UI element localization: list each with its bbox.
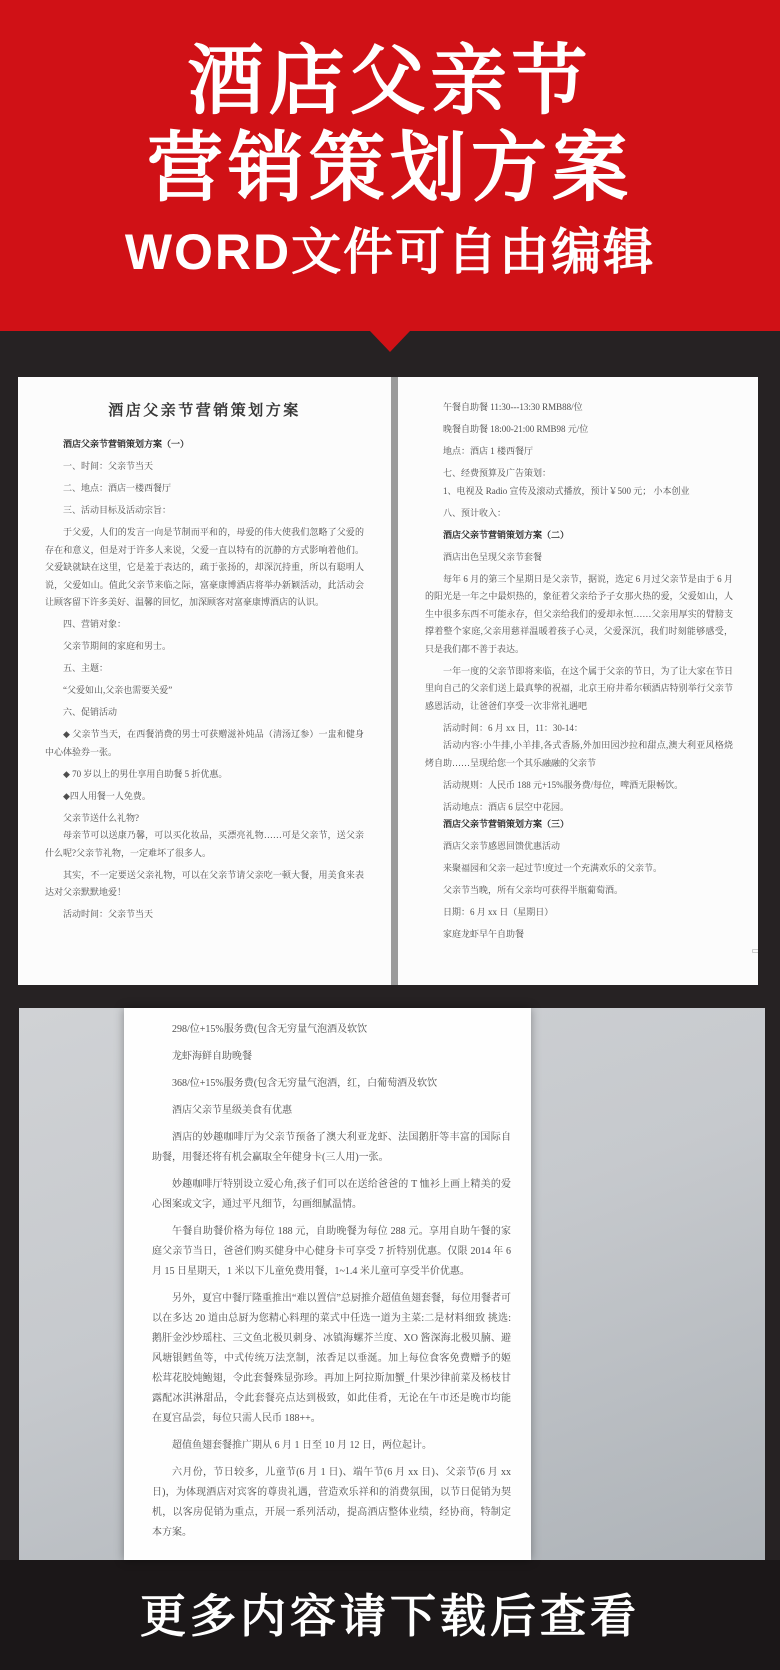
doc-line: ◆四人用餐一人免费。 (45, 788, 364, 806)
doc-line: 三、活动目标及活动宗旨： (45, 502, 364, 520)
doc-line: 酒店父亲节星级美食有优惠 (152, 1101, 511, 1121)
doc-line: 妙趣咖啡厅特别设立爱心角,孩子们可以在送给爸爸的 T 恤衫上画上精美的爱心图案或… (152, 1175, 511, 1215)
doc-line: “父爱如山,父亲也需要关爱” (45, 682, 364, 700)
document-page-2: 午餐自助餐 11:30---13:30 RMB88/位晚餐自助餐 18:00-2… (398, 377, 758, 985)
doc-line: 活动规则：人民币 188 元+15%服务费/每位，啤酒无限畅饮。 (425, 777, 733, 795)
banner-pointer-down-icon (370, 331, 410, 352)
doc-line: 四、营销对象： (45, 616, 364, 634)
document-preview-section: 酒店父亲节营销策划方案 酒店父亲节营销策划方案（一）一、时间：父亲节当天二、地点… (0, 331, 780, 1008)
document-page-3: 298/位+15%服务费(包含无穷量气泡酒及软饮龙虾海鲜自助晚餐368/位+15… (124, 1008, 531, 1560)
doc-line: 五、主题： (45, 660, 364, 678)
doc-line: 母亲节可以送康乃馨，可以买化妆品，买漂亮礼物……可是父亲节，送父亲什么呢?父亲节… (45, 827, 364, 862)
doc-line: 酒店父亲节营销策划方案（三） (425, 816, 733, 834)
doc-line: 七、经费预算及广告策划： (425, 465, 733, 483)
doc-line: 酒店父亲节营销策划方案（一） (45, 436, 364, 454)
footer-note: 更多内容请下载后查看 (140, 1590, 640, 1642)
doc-line: 父亲节送什么礼物? (45, 810, 364, 828)
doc-line: ◆ 70 岁以上的男仕享用自助餐 5 折优惠。 (45, 766, 364, 784)
doc-line: 家庭龙虾早午自助餐 (425, 926, 733, 944)
doc-line: 六、促销活动 (45, 704, 364, 722)
doc-line: 酒店的妙趣咖啡厅为父亲节预备了澳大利亚龙虾、法国鹅肝等丰富的国际自助餐，用餐还将… (152, 1128, 511, 1168)
doc-line: 来聚福园和父亲一起过节!度过一个充满欢乐的父亲节。 (425, 860, 733, 878)
pages-row: 酒店父亲节营销策划方案 酒店父亲节营销策划方案（一）一、时间：父亲节当天二、地点… (18, 377, 780, 985)
doc-line: 298/位+15%服务费(包含无穷量气泡酒及软饮 (152, 1020, 511, 1040)
doc-line: 活动内容:小牛排,小羊排,各式香肠,外加田园沙拉和甜点,澳大利亚风格烧烤自助……… (425, 737, 733, 772)
doc-line: 酒店父亲节营销策划方案（二） (425, 527, 733, 545)
page-1-body: 酒店父亲节营销策划方案（一）一、时间：父亲节当天二、地点：酒店一楼西餐厅三、活动… (45, 436, 364, 924)
doc-line: 六月份，节日较多，儿童节(6 月 1 日)、端午节(6 月 xx 日)、父亲节(… (152, 1463, 511, 1543)
doc-line: 一年一度的父亲节即将来临，在这个属于父亲的节日，为了让大家在节日里向自己的父亲们… (425, 663, 733, 716)
doc-line: 368/位+15%服务费(包含无穷量气泡酒，红，白葡萄酒及软饮 (152, 1074, 511, 1094)
doc-line: 八、预计收入： (425, 505, 733, 523)
page-3-body: 298/位+15%服务费(包含无穷量气泡酒及软饮龙虾海鲜自助晚餐368/位+15… (152, 1020, 511, 1543)
banner-title-line2: 营销策划方案 (0, 125, 780, 212)
doc-line: 活动时间：6 月 xx 日，11：30-14： (425, 720, 733, 738)
doc-line: 父亲节当晚，所有父亲均可获得半瓶葡萄酒。 (425, 882, 733, 900)
doc-line: 其实，不一定要送父亲礼物，可以在父亲节请父亲吃一顿大餐，用美食来表达对父亲默默地… (45, 867, 364, 902)
doc-line: 每年 6 月的第三个星期日是父亲节，据说，选定 6 月过父亲节是由于 6 月的阳… (425, 571, 733, 659)
doc-line: 日期：6 月 xx 日（星期日） (425, 904, 733, 922)
editor-canvas: 298/位+15%服务费(包含无穷量气泡酒及软饮龙虾海鲜自助晚餐368/位+15… (19, 1008, 765, 1560)
doc-line: 午餐自助餐价格为每位 188 元，自助晚餐为每位 288 元。享用自助午餐的家庭… (152, 1222, 511, 1282)
doc-line: 酒店父亲节感恩回馈优惠活动 (425, 838, 733, 856)
document-preview-section-2: 298/位+15%服务费(包含无穷量气泡酒及软饮龙虾海鲜自助晚餐368/位+15… (0, 1008, 780, 1560)
page-divider (391, 377, 398, 985)
document-page-1: 酒店父亲节营销策划方案 酒店父亲节营销策划方案（一）一、时间：父亲节当天二、地点… (18, 377, 391, 985)
doc-line: 午餐自助餐 11:30---13:30 RMB88/位 (425, 399, 733, 417)
doc-line: 晚餐自助餐 18:00-21:00 RMB98 元/位 (425, 421, 733, 439)
banner-title-line1: 酒店父亲节 (0, 38, 780, 125)
doc-line: ◆ 父亲节当天，在西餐消费的男士可获赠滋补炖品（清汤辽参）一盅和健身中心体验券一… (45, 726, 364, 761)
doc-line: 于父爱，人们的发言一向是节制而平和的，母爱的伟大使我们忽略了父爱的存在和意义，但… (45, 524, 364, 612)
doc-line: 活动时间：父亲节当天 (45, 906, 364, 924)
promo-banner: 酒店父亲节 营销策划方案 WORD文件可自由编辑 (0, 0, 780, 331)
document-title: 酒店父亲节营销策划方案 (45, 401, 364, 421)
page-turn-icon: ⇨ (752, 943, 758, 959)
doc-line: 酒店出色呈现父亲节套餐 (425, 549, 733, 567)
banner-subtitle: WORD文件可自由编辑 (0, 212, 780, 292)
doc-line: 龙虾海鲜自助晚餐 (152, 1047, 511, 1067)
doc-line: 超值鱼翅套餐推广期从 6 月 1 日至 10 月 12 日，两位起计。 (152, 1436, 511, 1456)
doc-line: 活动地点：酒店 6 层空中花园。 (425, 799, 733, 817)
doc-line: 父亲节期间的家庭和男士。 (45, 638, 364, 656)
doc-line: 1、电视及 Radio 宣传及滚动式播放，预计￥500 元； 小本创业 (425, 483, 733, 501)
doc-line: 另外，夏宫中餐厅隆重推出“难以置信”总厨推介超值鱼翅套餐，每位用餐者可以在多达 … (152, 1289, 511, 1429)
footer-bar: 更多内容请下载后查看 (0, 1560, 780, 1670)
doc-line: 一、时间：父亲节当天 (45, 458, 364, 476)
doc-line: 二、地点：酒店一楼西餐厅 (45, 480, 364, 498)
doc-line: 地点：酒店 1 楼西餐厅 (425, 443, 733, 461)
page-2-body: 午餐自助餐 11:30---13:30 RMB88/位晚餐自助餐 18:00-2… (425, 399, 733, 944)
